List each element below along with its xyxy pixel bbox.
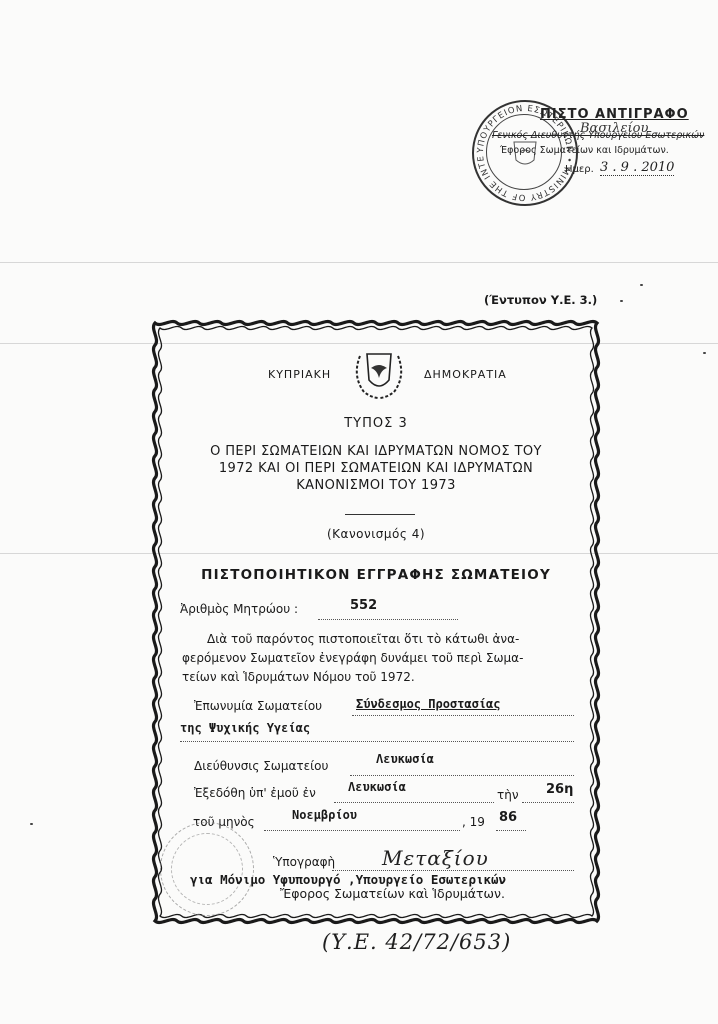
stamp-date-value: 3 . 9 . 2010 (600, 160, 674, 176)
paragraph-line: Διὰ τοῦ παρόντος πιστοποιεῖται ὅτι τὸ κά… (182, 630, 562, 649)
issued-label: Ἐξεδόθη ὑπ' ἐμοῦ ἐν (194, 786, 316, 800)
coat-of-arms-icon (350, 348, 408, 400)
certificate-title: ΠΙΣΤΟΠΟΙΗΤΙΚΟΝ ΕΓΓΡΑΦΗΣ ΣΩΜΑΤΕΙΟΥ (150, 567, 602, 583)
scan-line (0, 262, 718, 263)
association-name-line2: της Ψυχικής Υγείας (180, 721, 310, 735)
month-underline (264, 830, 460, 831)
association-name-line1: Σύνδεσμος Προστασίας (356, 697, 501, 711)
law-title-line: 1972 ΚΑΙ ΟΙ ΠΕΡΙ ΣΩΜΑΤΕΙΩΝ ΚΑΙ ΙΔΡΥΜΑΤΩΝ (150, 460, 602, 477)
handwritten-signature: Μεταξίου (382, 846, 489, 870)
form-code: (Έντυπον Υ.Ε. 3.) (484, 293, 597, 307)
address-value: Λευκωσία (376, 752, 434, 766)
scan-speck (30, 823, 33, 825)
issued-place-underline (334, 802, 494, 803)
registry-underline (318, 619, 458, 620)
law-title-line: ΚΑΝΟΝΙΣΜΟΙ ΤΟΥ 1973 (150, 477, 602, 494)
year-prefix: , 19 (462, 815, 485, 829)
signature-label: Ὑπογραφὴ (273, 855, 335, 869)
stamp-date-label: Ημερ. (565, 164, 594, 175)
registry-label: Ἀριθμὸς Μητρώου : (180, 602, 298, 616)
stamp-officer-line: Γενικός Διευθυντής Υπουργείου Εσωτερικών (492, 130, 704, 141)
month-value: Νοεμβρίου (292, 808, 357, 822)
law-title: Ο ΠΕΡΙ ΣΩΜΑΤΕΙΩΝ ΚΑΙ ΙΔΡΥΜΑΤΩΝ ΝΟΜΟΣ ΤΟΥ… (150, 443, 602, 494)
registry-number: 552 (350, 598, 377, 613)
form-type: ΤΥΠΟΣ 3 (150, 416, 602, 431)
law-title-line: Ο ΠΕΡΙ ΣΩΜΑΤΕΙΩΝ ΚΑΙ ΙΔΡΥΜΑΤΩΝ ΝΟΜΟΣ ΤΟΥ (150, 443, 602, 460)
header-cyprus: ΚΥΠΡΙΑΚΗ (268, 368, 331, 381)
name-underline (352, 715, 574, 716)
scan-speck (703, 352, 706, 354)
signatory-title: Ἔφορος Σωματείων καὶ Ἱδρυμάτων. (280, 886, 505, 901)
name-underline-2 (180, 741, 574, 742)
seal-inner-ring (171, 833, 243, 905)
signatory-typed: για Μόνιμο Υφυπουργό ,Υπουργείο Εσωτερικ… (190, 872, 506, 887)
regulation-ref: (Κανονισμός 4) (150, 527, 602, 541)
divider (345, 514, 415, 515)
address-underline (350, 775, 574, 776)
stamp-office-line: Έφορος Σωματείων και Ιδρυμάτων. (500, 145, 669, 156)
paragraph-line: τείων καὶ Ἱδρυμάτων Νόμου τοῦ 1972. (182, 668, 562, 687)
day-label: τὴν (497, 788, 519, 802)
scan-speck (620, 300, 623, 302)
day-underline (522, 802, 574, 803)
true-copy-stamp-title: ΠΙΣΤΟ ΑΝΤΙΓΡΑΦΟ (540, 107, 689, 122)
signature-underline (332, 870, 574, 871)
association-name-label: Ἐπωνυμία Σωματείου (194, 699, 322, 713)
year-value: 86 (499, 810, 517, 825)
handwritten-file-reference: (Υ.Ε. 42/72/653) (322, 930, 511, 954)
header-republic: ΔΗΜΟΚΡΑΤΙΑ (424, 368, 507, 381)
certification-paragraph: Διὰ τοῦ παρόντος πιστοποιεῖται ὅτι τὸ κά… (182, 630, 562, 687)
paragraph-line: φερόμενον Σωματεῖον ἐνεγράφη δυνάμει τοῦ… (182, 649, 562, 668)
issued-place: Λευκωσία (348, 780, 406, 794)
day-value: 26η (546, 782, 573, 797)
address-label: Διεύθυνσις Σωματείου (194, 759, 328, 773)
faded-official-seal (160, 822, 254, 916)
year-underline (496, 830, 526, 831)
scan-speck (640, 284, 643, 286)
